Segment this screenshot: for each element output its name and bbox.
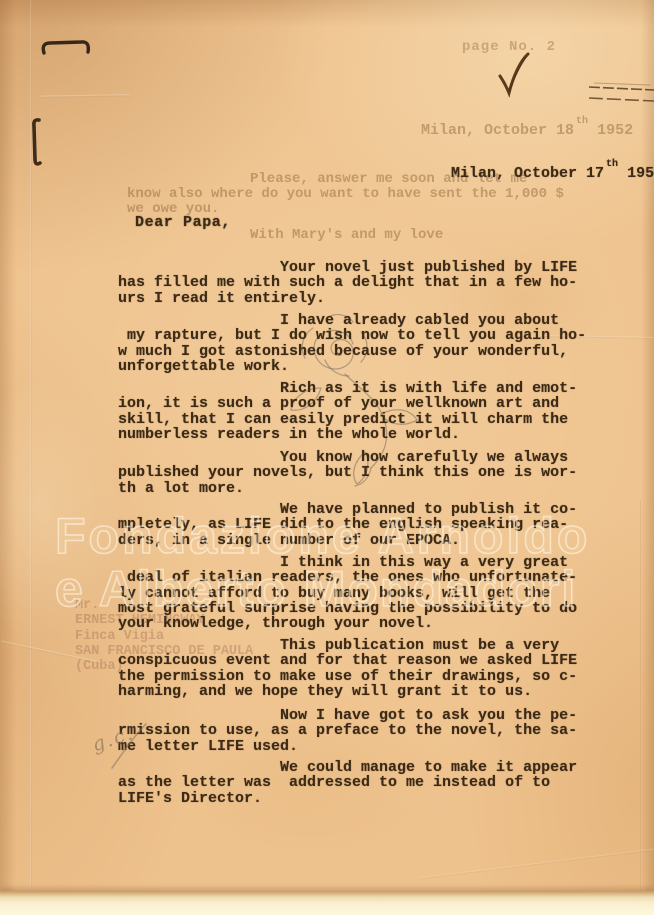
- letter-paragraph: You know how carefully we alwayspublishe…: [118, 450, 577, 496]
- letter-line: You know how carefully we always: [118, 450, 577, 465]
- letter-line: most grateful surprise having the possib…: [118, 601, 577, 616]
- date-ordinal: th: [606, 159, 618, 170]
- letter-line: I have already cabled you about: [118, 313, 586, 328]
- letter-paragraph: I think in this way a very great deal of…: [118, 555, 577, 631]
- letter-line: We could manage to make it appear: [118, 760, 577, 775]
- letter-line: ion, it is such a proof of your wellknow…: [118, 396, 577, 411]
- letter-line: w much I got astonished because of your …: [118, 344, 586, 359]
- letter-line: Rich as it is with life and emot-: [118, 381, 577, 396]
- letter-line: harming, and we hope they will grant it …: [118, 684, 577, 699]
- letter-line: I think in this way a very great: [118, 555, 577, 570]
- ghost-date-ordinal: th: [576, 116, 588, 127]
- date-text: Milan, October 17: [451, 165, 604, 182]
- scanner-edge: [0, 891, 654, 915]
- paper-stain: [0, 380, 120, 640]
- letter-paragraph: I have already cabled you about my raptu…: [118, 313, 586, 374]
- letter-line: ders, in a single number of our EPOCA.: [118, 533, 577, 548]
- salutation: Dear Papa,: [135, 215, 231, 230]
- letter-line: rmission to use, as a preface to the nov…: [118, 723, 577, 738]
- letter-line: numberless readers in the whole world.: [118, 427, 577, 442]
- letter-line: urs I read it entirely.: [118, 291, 577, 306]
- letter-paragraph: Now I have got to ask you the pe-rmissio…: [118, 708, 577, 754]
- pen-scratch-marks: [588, 80, 654, 106]
- checkmark-icon: [494, 52, 532, 94]
- letter-line: as the letter was addressed to me instea…: [118, 775, 577, 790]
- crease-line: [40, 94, 130, 98]
- letter-line: your knowledge, through your novel.: [118, 616, 577, 631]
- crease-line: [640, 500, 642, 900]
- scanned-letter-page: page No. 2 Milan, October 18th 1952 Plea…: [0, 0, 654, 915]
- letter-line: skill, that I can easily predict it will…: [118, 412, 577, 427]
- ghost-address-line: (Cuba): [75, 659, 124, 674]
- letter-line: This publication must be a very: [118, 638, 577, 653]
- letter-paragraph: We could manage to make it appearas the …: [118, 760, 577, 806]
- ghost-date-text: Milan, October 18: [421, 122, 574, 139]
- ghost-address-line: Mr.: [75, 598, 99, 613]
- letter-line: published your novels, but I think this …: [118, 465, 577, 480]
- letter-line: Now I have got to ask you the pe-: [118, 708, 577, 723]
- staple-icon: [29, 117, 47, 169]
- ghost-date-year: 1952: [588, 122, 633, 139]
- letter-line: the permission to make use of their draw…: [118, 669, 577, 684]
- letter-paragraph: Your novel just published by LIFEhas fil…: [118, 260, 577, 306]
- letter-line: deal of italian readers, the ones who un…: [118, 570, 577, 585]
- letter-line: ly cannot afford to buy many books, will…: [118, 586, 577, 601]
- letter-paragraph: Rich as it is with life and emot-ion, it…: [118, 381, 577, 442]
- letter-line: has filled me with such a delight that i…: [118, 275, 577, 290]
- letter-line: conspicuous event and for that reason we…: [118, 653, 577, 668]
- letter-line: unforgettable work.: [118, 359, 586, 374]
- ghost-date-line: Milan, October 18th 1952: [385, 104, 633, 153]
- pencil-slash-mark: [108, 722, 148, 772]
- date-year: 1952: [618, 165, 654, 182]
- crease-line: [421, 847, 654, 879]
- letter-line: We have planned to publish it co-: [118, 502, 577, 517]
- letter-paragraph: We have planned to publish it co-mpletel…: [118, 502, 577, 548]
- letter-line: me letter LIFE used.: [118, 739, 577, 754]
- letter-line: LIFE's Director.: [118, 791, 577, 806]
- letter-line: th a lot more.: [118, 481, 577, 496]
- date-line: Milan, October 17th 1952: [415, 147, 654, 197]
- letter-paragraph: This publication must be a veryconspicuo…: [118, 638, 577, 699]
- letter-line: my rapture, but I do wish now to tell yo…: [118, 328, 586, 343]
- ghost-closing-line: With Mary's and my love: [250, 228, 443, 243]
- letter-line: Your novel just published by LIFE: [118, 260, 577, 275]
- letter-line: mpletely, as LIFE did to the english spe…: [118, 517, 577, 532]
- staple-icon: [40, 38, 94, 58]
